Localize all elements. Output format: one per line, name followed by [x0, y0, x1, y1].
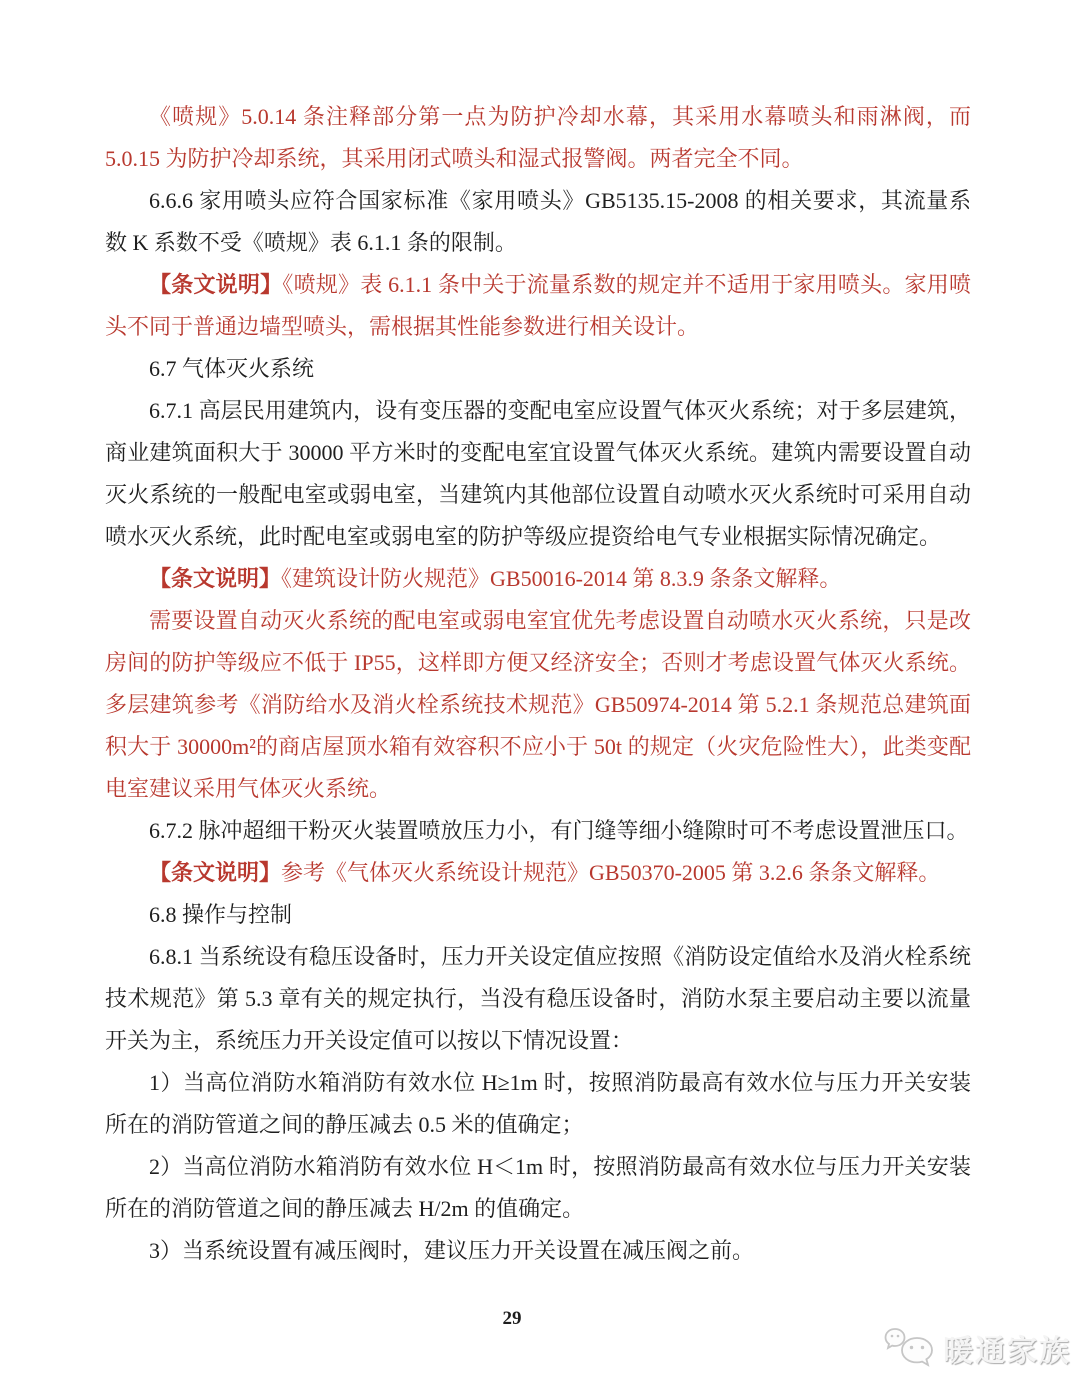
paragraph-list-item-2: 2）当高位消防水箱消防有效水位 H＜1m 时，按照消防最高有效水位与压力开关安装…: [105, 1146, 971, 1230]
document-page: 《喷规》5.0.14 条注释部分第一点为防护冷却水幕，其采用水幕喷头和雨淋阀，而…: [0, 0, 1080, 1398]
clause-note-label: 【条文说明】: [149, 860, 281, 885]
wechat-icon: [884, 1326, 936, 1370]
paragraph-clause-6-8-1: 6.8.1 当系统设有稳压设备时，压力开关设定值应按照《消防设定值给水及消火栓系…: [105, 936, 971, 1062]
paragraph-list-item-3: 3）当系统设置有减压阀时，建议压力开关设置在减压阀之前。: [105, 1230, 971, 1272]
paragraph-clause-6-7-1: 6.7.1 高层民用建筑内，设有变压器的变配电室应设置气体灭火系统；对于多层建筑…: [105, 390, 971, 558]
watermark: 暖通家族: [884, 1326, 1071, 1370]
paragraph-commentary: 《喷规》5.0.14 条注释部分第一点为防护冷却水幕，其采用水幕喷头和雨淋阀，而…: [105, 96, 971, 180]
paragraph-clause-6-7-2: 6.7.2 脉冲超细干粉灭火装置喷放压力小，有门缝等细小缝隙时可不考虑设置泄压口…: [105, 810, 971, 852]
page-number: 29: [0, 1308, 1024, 1330]
paragraph-list-item-1: 1）当高位消防水箱消防有效水位 H≥1m 时，按照消防最高有效水位与压力开关安装…: [105, 1062, 971, 1146]
watermark-text: 暖通家族: [943, 1326, 1071, 1370]
section-heading-6-7: 6.7 气体灭火系统: [105, 348, 971, 390]
paragraph-commentary: 【条文说明】《建筑设计防火规范》GB50016-2014 第 8.3.9 条条文…: [105, 558, 971, 600]
section-heading-6-8: 6.8 操作与控制: [105, 894, 971, 936]
paragraph-commentary: 【条文说明】《喷规》表 6.1.1 条中关于流量系数的规定并不适用于家用喷头。家…: [105, 264, 971, 348]
clause-note-label: 【条文说明】: [149, 566, 281, 591]
document-body: 《喷规》5.0.14 条注释部分第一点为防护冷却水幕，其采用水幕喷头和雨淋阀，而…: [105, 96, 971, 1272]
clause-note-text: 参考《气体灭火系统设计规范》GB50370-2005 第 3.2.6 条条文解释…: [281, 860, 940, 885]
clause-note-label: 【条文说明】: [149, 272, 282, 297]
paragraph-commentary: 需要设置自动灭火系统的配电室或弱电室宜优先考虑设置自动喷水灭火系统，只是改房间的…: [105, 600, 971, 810]
paragraph-clause-6-6-6: 6.6.6 家用喷头应符合国家标准《家用喷头》GB5135.15-2008 的相…: [105, 180, 971, 264]
clause-note-text: 《建筑设计防火规范》GB50016-2014 第 8.3.9 条条文解释。: [281, 566, 841, 591]
paragraph-commentary: 【条文说明】参考《气体灭火系统设计规范》GB50370-2005 第 3.2.6…: [105, 852, 971, 894]
